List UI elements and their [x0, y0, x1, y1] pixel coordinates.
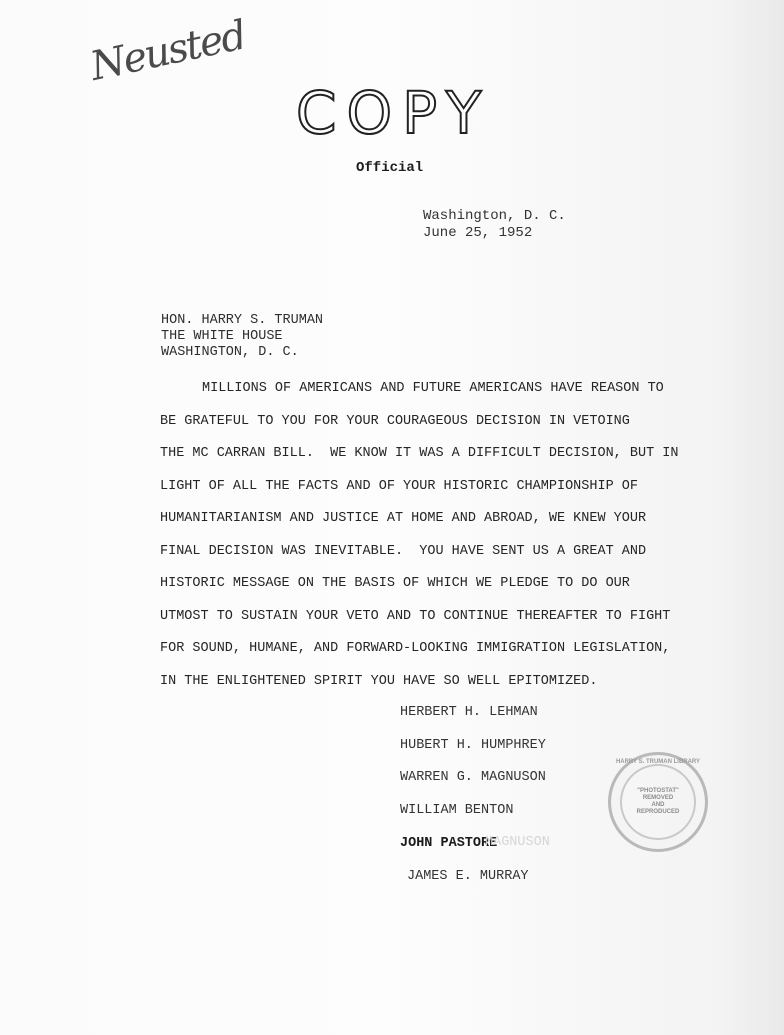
ghost-overprint-text: MAGNUSON: [485, 835, 550, 850]
dateline: Washington, D. C. June 25, 1952: [423, 208, 566, 242]
address-line: THE WHITE HOUSE: [161, 329, 323, 345]
signatory: JAMES E. MURRAY: [400, 861, 546, 894]
body-line: THE MC CARRAN BILL. WE KNOW IT WAS A DIF…: [160, 438, 678, 471]
address-line: WASHINGTON, D. C.: [161, 345, 323, 361]
signatory-list: HERBERT H. LEHMAN HUBERT H. HUMPHREY WAR…: [400, 697, 546, 893]
stamp-ring-text: HARRY S. TRUMAN LIBRARY: [611, 759, 705, 765]
letter-body: MILLIONS OF AMERICANS AND FUTURE AMERICA…: [160, 373, 678, 698]
classification-label: Official: [356, 160, 423, 176]
body-line: FOR SOUND, HUMANE, AND FORWARD-LOOKING I…: [160, 633, 678, 666]
body-line: IN THE ENLIGHTENED SPIRIT YOU HAVE SO WE…: [160, 666, 678, 699]
handwritten-annotation: Neusted: [86, 13, 248, 90]
signatory: WILLIAM BENTON: [400, 795, 546, 828]
signatory: HUBERT H. HUMPHREY: [400, 730, 546, 763]
signatory: HERBERT H. LEHMAN: [400, 697, 546, 730]
body-line: LIGHT OF ALL THE FACTS AND OF YOUR HISTO…: [160, 471, 678, 504]
body-line: HISTORIC MESSAGE ON THE BASIS OF WHICH W…: [160, 568, 678, 601]
address-line: HON. HARRY S. TRUMAN: [161, 313, 323, 329]
body-line: MILLIONS OF AMERICANS AND FUTURE AMERICA…: [160, 373, 678, 406]
stamp-center-text: "PHOTOSTAT" REMOVED AND REPRODUCED: [636, 788, 680, 816]
dateline-date: June 25, 1952: [423, 225, 566, 242]
letter-page: Neusted COPY Official Washington, D. C. …: [0, 0, 784, 1035]
dateline-place: Washington, D. C.: [423, 208, 566, 225]
recipient-address: HON. HARRY S. TRUMAN THE WHITE HOUSE WAS…: [161, 313, 323, 361]
copy-stamp: COPY: [296, 84, 491, 142]
body-line: UTMOST TO SUSTAIN YOUR VETO AND TO CONTI…: [160, 601, 678, 634]
body-line: FINAL DECISION WAS INEVITABLE. YOU HAVE …: [160, 536, 678, 569]
body-line: HUMANITARIANISM AND JUSTICE AT HOME AND …: [160, 503, 678, 536]
body-line: BE GRATEFUL TO YOU FOR YOUR COURAGEOUS D…: [160, 406, 678, 439]
library-seal-stamp: HARRY S. TRUMAN LIBRARY "PHOTOSTAT" REMO…: [608, 752, 708, 852]
signatory: WARREN G. MAGNUSON: [400, 762, 546, 795]
